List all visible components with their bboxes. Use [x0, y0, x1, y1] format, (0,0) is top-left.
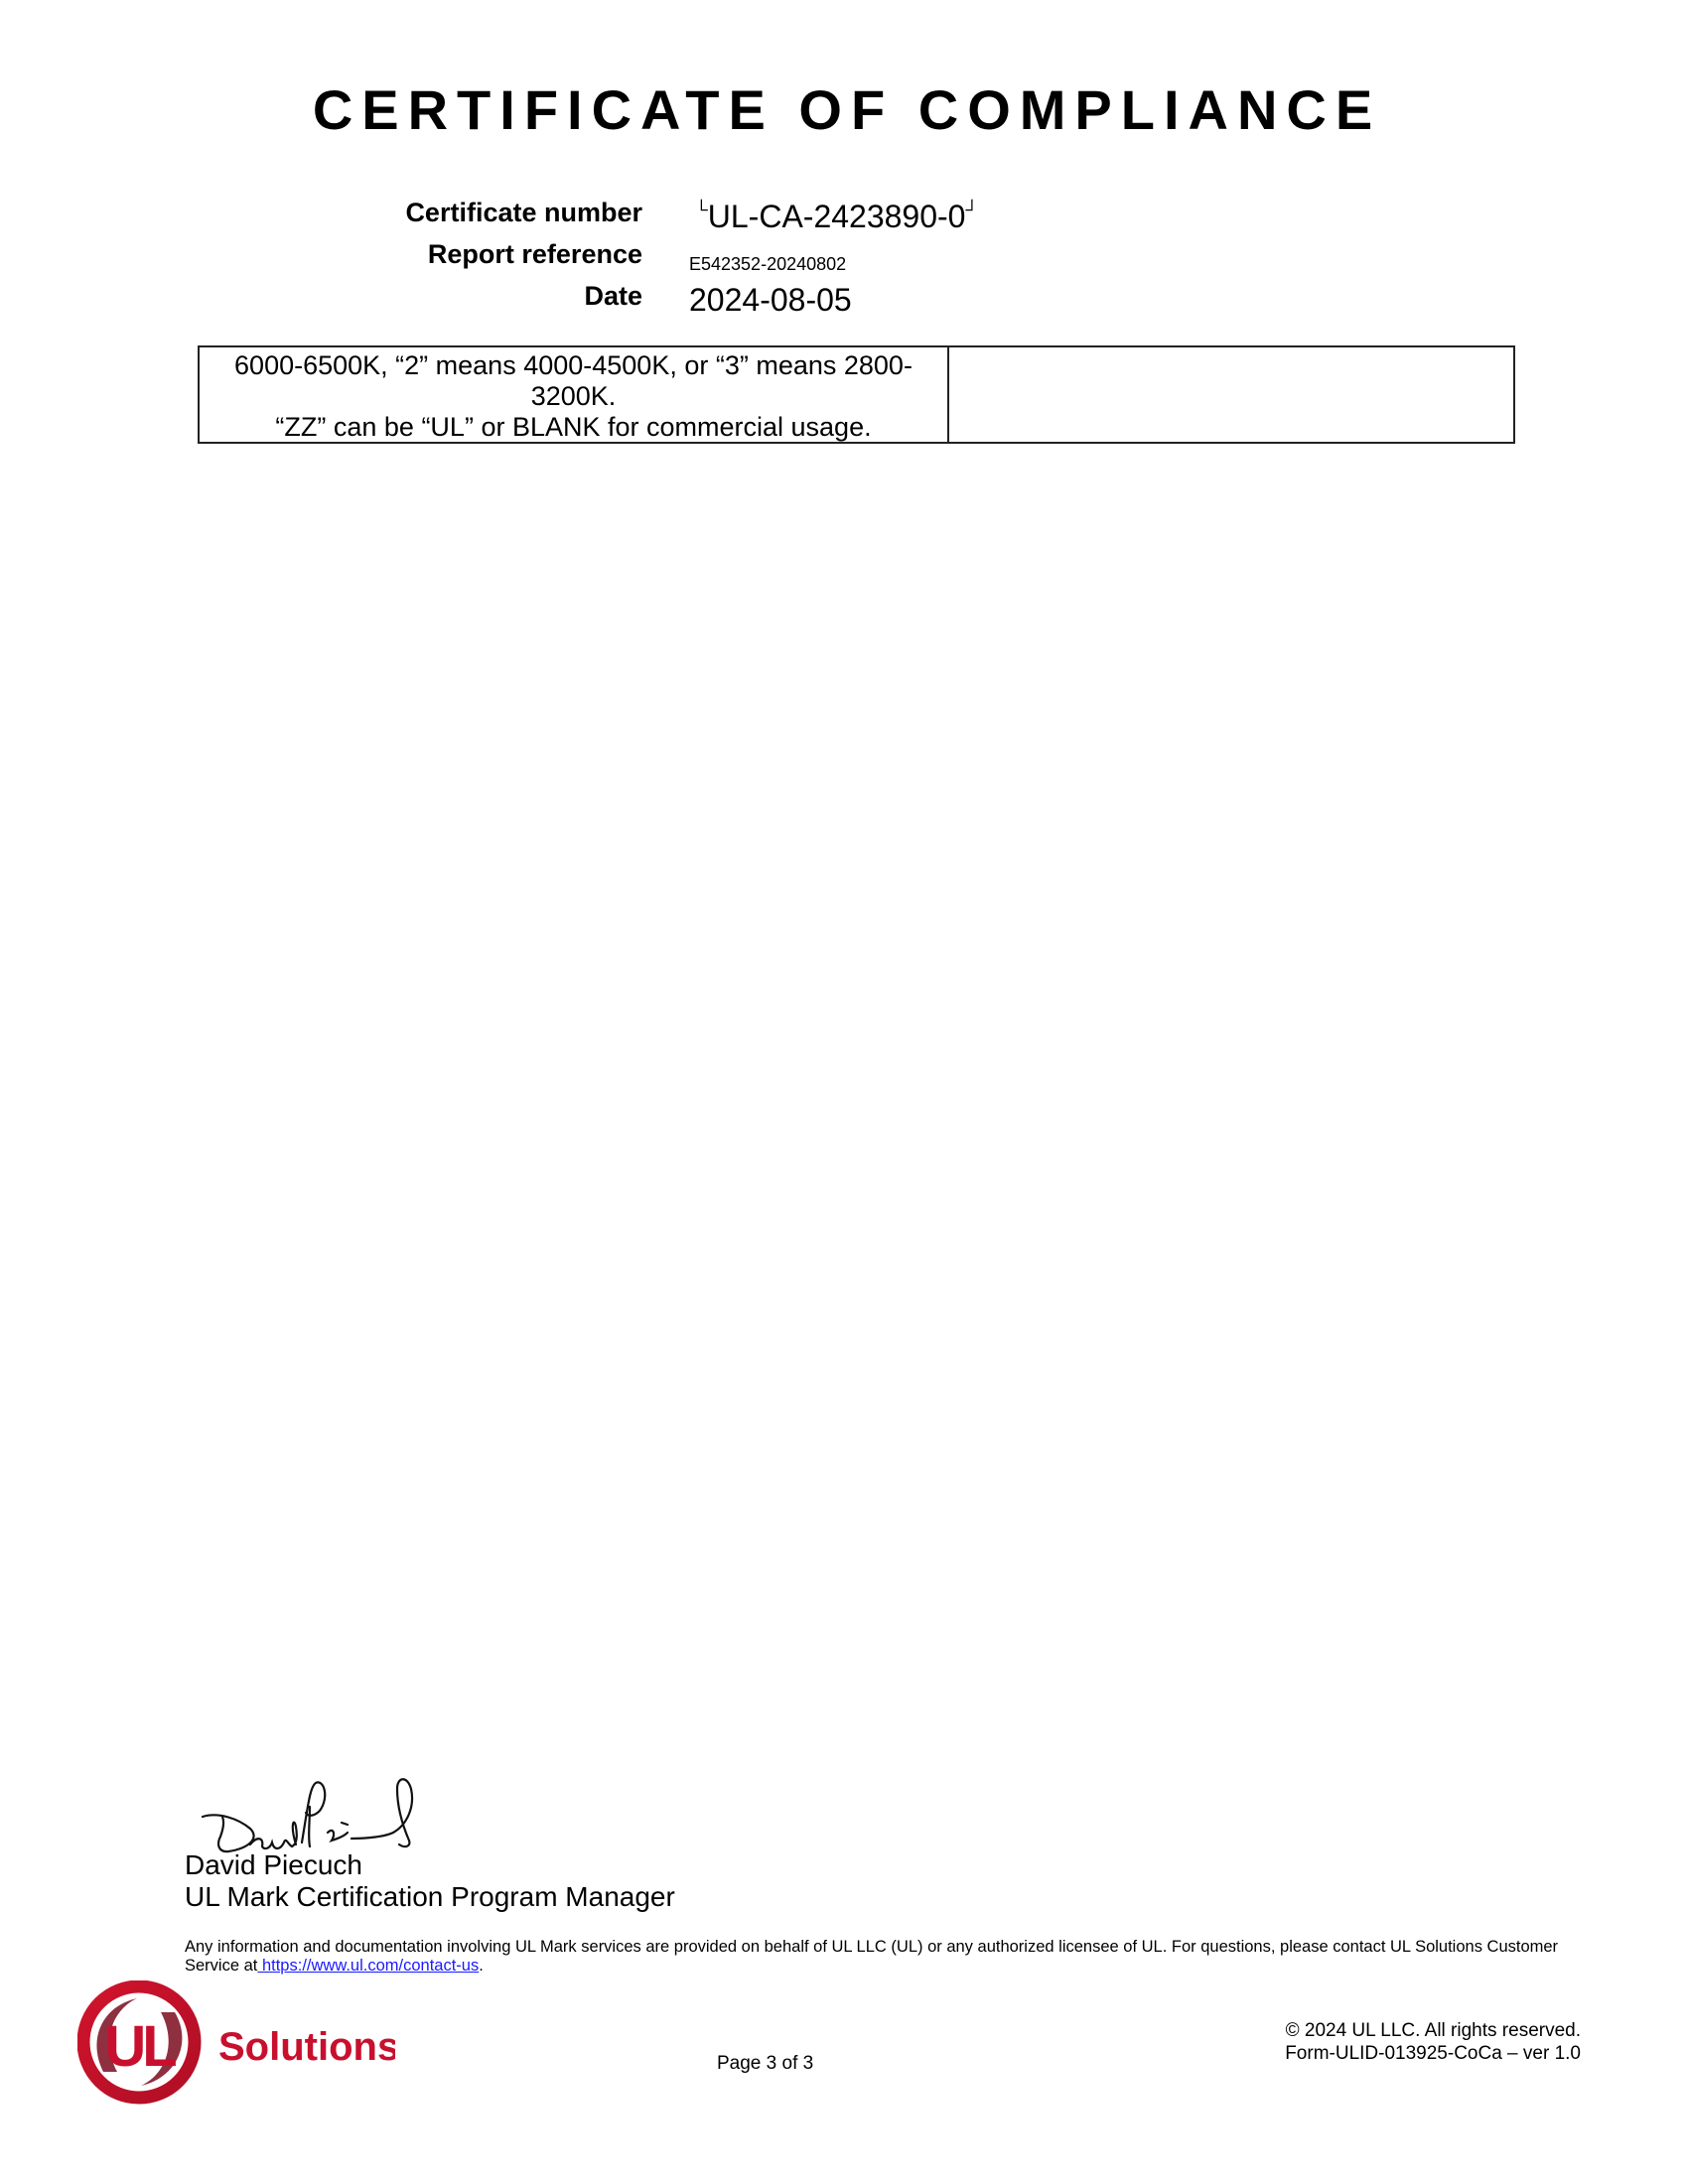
- copyright-block: © 2024 UL LLC. All rights reserved. Form…: [1285, 2019, 1581, 2065]
- report-reference-value: E542352-20240802: [689, 254, 846, 275]
- description-line: “ZZ” can be “UL” or BLANK for commercial…: [200, 412, 947, 443]
- product-description-table: 6000-6500K, “2” means 4000-4500K, or “3”…: [198, 345, 1515, 444]
- certificate-number-text: UL-CA-2423890-0: [708, 199, 966, 234]
- logo-wordmark: Solutions: [218, 2025, 395, 2069]
- ul-solutions-logo: UL Solutions: [77, 1980, 395, 2105]
- svg-text:UL: UL: [104, 2014, 176, 2079]
- document-title: CERTIFICATE OF COMPLIANCE: [0, 77, 1688, 143]
- certificate-number-value: └UL-CA-2423890-0┘: [695, 199, 978, 235]
- table-cell-empty: [949, 347, 1513, 442]
- certificate-number-label: Certificate number: [405, 198, 642, 228]
- form-id: Form-ULID-013925-CoCa – ver 1.0: [1285, 2042, 1581, 2065]
- date-value: 2024-08-05: [689, 282, 852, 319]
- contact-us-link[interactable]: https://www.ul.com/contact-us: [257, 1957, 479, 1975]
- page-number: Page 3 of 3: [717, 2053, 813, 2075]
- description-line: 6000-6500K, “2” means 4000-4500K, or “3”…: [200, 350, 947, 381]
- date-label: Date: [584, 281, 642, 312]
- corner-mark-left: └: [695, 200, 708, 219]
- copyright-text: © 2024 UL LLC. All rights reserved.: [1285, 2019, 1581, 2042]
- signatory-title: UL Mark Certification Program Manager: [185, 1881, 675, 1913]
- disclaimer-end: .: [479, 1957, 484, 1975]
- description-line: 3200K.: [200, 381, 947, 412]
- ul-mark-icon: UL: [83, 1986, 195, 2098]
- disclaimer-text: Any information and documentation involv…: [185, 1938, 1595, 1976]
- signatory-name: David Piecuch: [185, 1849, 362, 1881]
- corner-mark-right: ┘: [965, 200, 978, 219]
- signature-image: [199, 1767, 457, 1861]
- table-cell-description: 6000-6500K, “2” means 4000-4500K, or “3”…: [200, 347, 949, 442]
- report-reference-label: Report reference: [428, 239, 642, 270]
